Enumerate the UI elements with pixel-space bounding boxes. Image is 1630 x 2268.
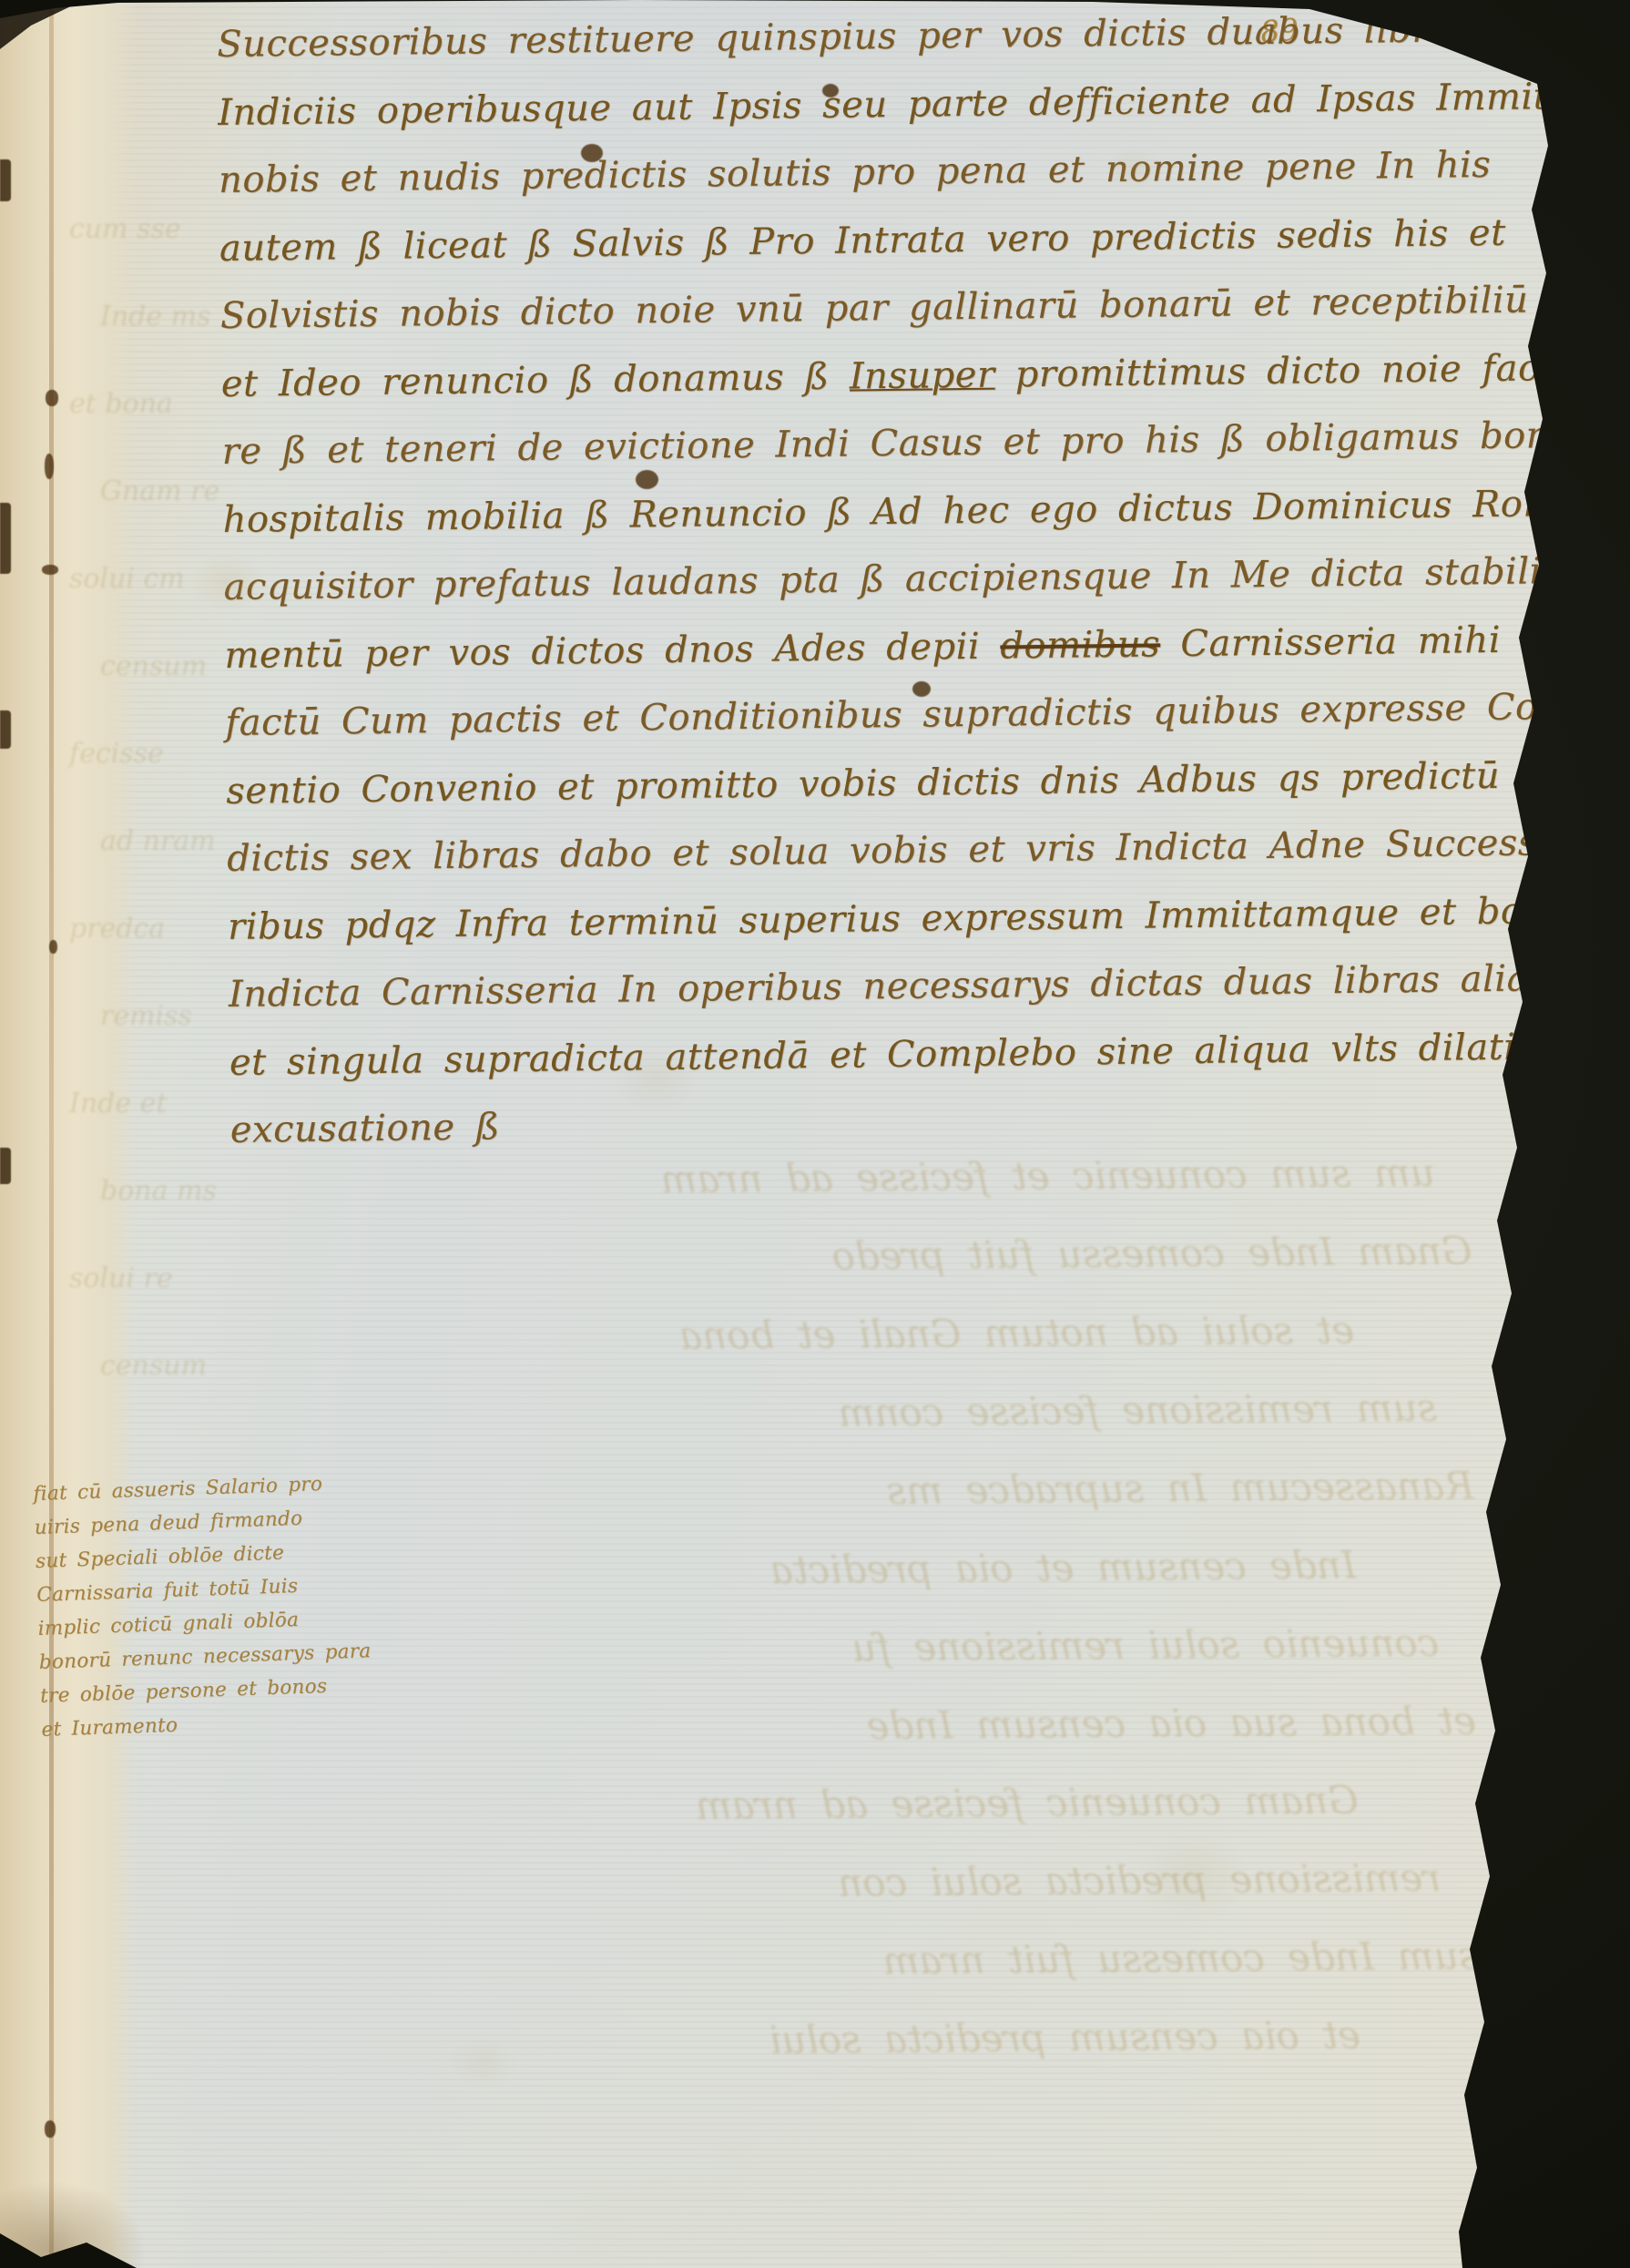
ink-blot bbox=[636, 470, 658, 489]
ink-blot bbox=[581, 144, 603, 162]
manuscript-line: nobis et nudis predictis solutis pro pen… bbox=[219, 144, 1522, 228]
bleed-line: et bona sua oia censum Inde bbox=[329, 1698, 1477, 1786]
bleed-line: sum remissione fecisse conm bbox=[326, 1385, 1438, 1474]
main-text-block: Successoribus restituere quinspius per v… bbox=[217, 8, 1533, 1178]
margin-note-line: sut Speciali oblōe dicte bbox=[36, 1542, 282, 1584]
bleed-line: Ranassecum In supradce ms bbox=[327, 1464, 1475, 1552]
ink-blot bbox=[912, 681, 931, 697]
manuscript-line: autem ß liceat ß Salvis ß Pro Intrata ve… bbox=[219, 211, 1523, 295]
manuscript-line: et singula supradicta attendā et Compleb… bbox=[229, 1026, 1533, 1109]
folio-number: 89 bbox=[1258, 11, 1299, 50]
manuscript-line: mentū per vos dictos dnos Ades depii dom… bbox=[224, 618, 1527, 702]
edge-ink-mark bbox=[0, 710, 11, 749]
top-left-corner-shadow bbox=[0, 0, 91, 55]
bleed-line: predca bbox=[69, 913, 288, 1000]
margin-note-line: bonorū renunc necessarys para bbox=[38, 1642, 285, 1684]
binding-speck bbox=[46, 390, 58, 406]
bleed-through-margin: cum sseInde mset bonaGnam resolui cmcens… bbox=[69, 213, 288, 1437]
manuscript-line: excusatione ß bbox=[230, 1093, 1533, 1177]
bleed-line: et bona bbox=[69, 388, 288, 475]
book-binding-edge bbox=[0, 0, 137, 2268]
manuscript-line: Successoribus restituere quinspius per v… bbox=[217, 8, 1520, 92]
bleed-line: et solui ad notum Gnali et bona bbox=[325, 1308, 1355, 1395]
bleed-line: cum sse bbox=[69, 213, 288, 301]
bleed-line: Inde et bbox=[69, 1088, 288, 1175]
manuscript-line: Indiciis operibusque aut Ipsis seu parte… bbox=[218, 76, 1521, 159]
binding-speck bbox=[45, 454, 54, 479]
manuscript-line: factū Cum pactis et Conditionibus suprad… bbox=[225, 686, 1528, 770]
bleed-line: et oia censum predicta solui bbox=[331, 2013, 1361, 2100]
photograph-background: { "page": { "folio_number": "89", "descr… bbox=[0, 0, 1630, 2268]
margin-note-line: fiat cū assueris Salario pro bbox=[33, 1475, 280, 1517]
binding-speck bbox=[42, 565, 58, 575]
edge-ink-mark bbox=[0, 159, 11, 201]
binding-speck bbox=[45, 2120, 56, 2138]
bleed-line: remiss bbox=[100, 1000, 288, 1088]
margin-note-line: Carnissaria fuit totū Iuis bbox=[36, 1576, 283, 1618]
bleed-line: Gnam re bbox=[100, 475, 288, 563]
bleed-line: Inde ms bbox=[100, 301, 288, 388]
ink-blot bbox=[822, 84, 839, 97]
manuscript-page: cum sseInde mset bonaGnam resolui cmcens… bbox=[0, 0, 1630, 2268]
bleed-line: conuenio solui remissione fu bbox=[328, 1620, 1440, 1709]
bleed-line: remissione predicta solui con bbox=[330, 1855, 1442, 1944]
margin-note: fiat cū assueris Salario prouiris pena d… bbox=[33, 1475, 288, 1752]
margin-note-line: tre oblōe persone et bonos bbox=[40, 1676, 287, 1718]
bleed-line: fecisse bbox=[69, 738, 288, 825]
manuscript-line: re ß et teneri de evictione Indi Casus e… bbox=[221, 414, 1524, 498]
manuscript-line: acquisitor prefatus laudans pta ß accipi… bbox=[223, 550, 1526, 634]
edge-ink-mark bbox=[0, 503, 11, 574]
bleed-line: Inde censum et oia predicta bbox=[327, 1543, 1357, 1630]
binding-speck bbox=[49, 940, 57, 954]
bleed-line: solui cm bbox=[69, 563, 288, 650]
bleed-line: solui re bbox=[69, 1262, 288, 1350]
bleed-line: Gnam conuenic fecisse ad nram bbox=[330, 1778, 1360, 1865]
bleed-line: censum bbox=[100, 1350, 288, 1437]
bleed-line: sum Inde comessu fuit nram bbox=[331, 1933, 1479, 2021]
manuscript-line: dictis sex libras dabo et solua vobis et… bbox=[227, 822, 1530, 905]
bleed-line: censum bbox=[100, 650, 288, 738]
edge-ink-mark bbox=[0, 1148, 11, 1184]
manuscript-line: hospitalis mobilia ß Renuncio ß Ad hec e… bbox=[222, 483, 1525, 567]
manuscript-line: ribus pdqz Infra terminū superius expres… bbox=[228, 890, 1531, 974]
bleed-line: bona ms bbox=[100, 1175, 288, 1262]
gutter-crease bbox=[49, 0, 54, 2268]
manuscript-line: Solvistis nobis dicto noie vnū par galli… bbox=[220, 280, 1523, 363]
bleed-through-text: um sum conuenic et fecisse ad nramGnam I… bbox=[324, 1150, 1480, 2100]
margin-note-line: implic coticū gnali oblōa bbox=[37, 1609, 284, 1650]
bleed-line: ad nram bbox=[100, 825, 288, 913]
margin-note-line: et Iuramento bbox=[41, 1710, 288, 1752]
manuscript-line: Indicta Carnisseria In operibus necessar… bbox=[229, 957, 1532, 1041]
bleed-line: Gnam Inde comessu fuit predo bbox=[324, 1229, 1472, 1317]
margin-note-line: uiris pena deud firmando bbox=[34, 1508, 280, 1550]
manuscript-line: sentio Convenio et promitto vobis dictis… bbox=[226, 754, 1529, 838]
manuscript-line: et Ideo renuncio ß donamus ß Insuper pro… bbox=[221, 347, 1524, 431]
bleed-line: um sum conuenic et fecisse ad nram bbox=[324, 1150, 1436, 1239]
